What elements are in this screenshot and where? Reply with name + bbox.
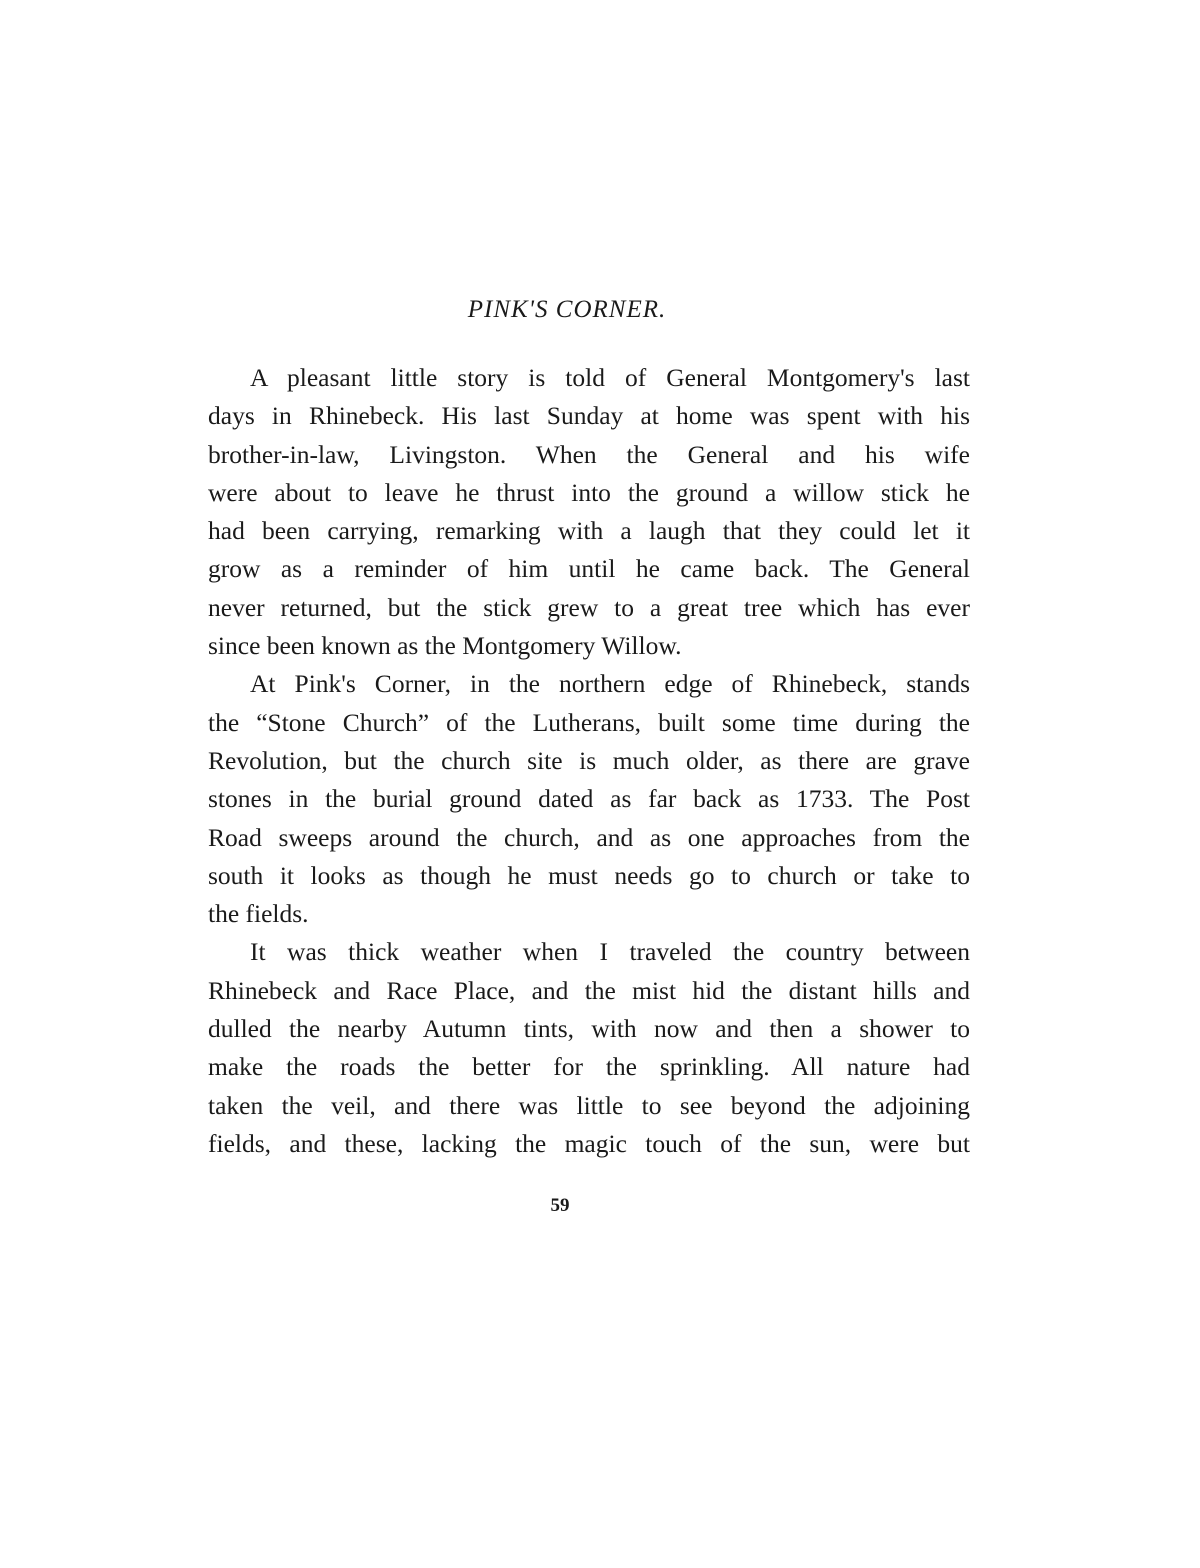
text-line: Revolution, but the church site is much … (166, 742, 970, 780)
text-line: Road sweeps around the church, and as on… (166, 819, 970, 857)
book-page: PINK'S CORNER. A pleasant little story i… (0, 0, 1200, 1568)
paragraph-3: It was thick weather when I traveled the… (166, 933, 970, 1163)
text-line: dulled the nearby Autumn tints, with now… (166, 1010, 970, 1048)
text-line: the fields. (166, 895, 970, 933)
text-line: since been known as the Montgomery Willo… (166, 627, 970, 665)
page-number: 59 (530, 1195, 590, 1217)
text-line: A pleasant little story is told of Gener… (166, 359, 970, 397)
text-line: never returned, but the stick grew to a … (166, 589, 970, 627)
text-line: It was thick weather when I traveled the… (166, 933, 970, 971)
text-line: taken the veil, and there was little to … (166, 1087, 970, 1125)
text-line: stones in the burial ground dated as far… (166, 780, 970, 818)
body-text: A pleasant little story is told of Gener… (166, 359, 970, 1163)
chapter-title: PINK'S CORNER. (0, 296, 1134, 324)
text-line: grow as a reminder of him until he came … (166, 550, 970, 588)
text-line: south it looks as though he must needs g… (166, 857, 970, 895)
text-line: the “Stone Church” of the Lutherans, bui… (166, 704, 970, 742)
text-line: days in Rhinebeck. His last Sunday at ho… (166, 397, 970, 435)
text-line: had been carrying, remarking with a laug… (166, 512, 970, 550)
text-line: fields, and these, lacking the magic tou… (166, 1125, 970, 1163)
paragraph-1: A pleasant little story is told of Gener… (166, 359, 970, 665)
text-line: were about to leave he thrust into the g… (166, 474, 970, 512)
text-line: brother-in-law, Livingston. When the Gen… (166, 436, 970, 474)
text-line: Rhinebeck and Race Place, and the mist h… (166, 972, 970, 1010)
paragraph-2: At Pink's Corner, in the northern edge o… (166, 665, 970, 933)
text-line: At Pink's Corner, in the northern edge o… (166, 665, 970, 703)
text-line: make the roads the better for the sprink… (166, 1048, 970, 1086)
